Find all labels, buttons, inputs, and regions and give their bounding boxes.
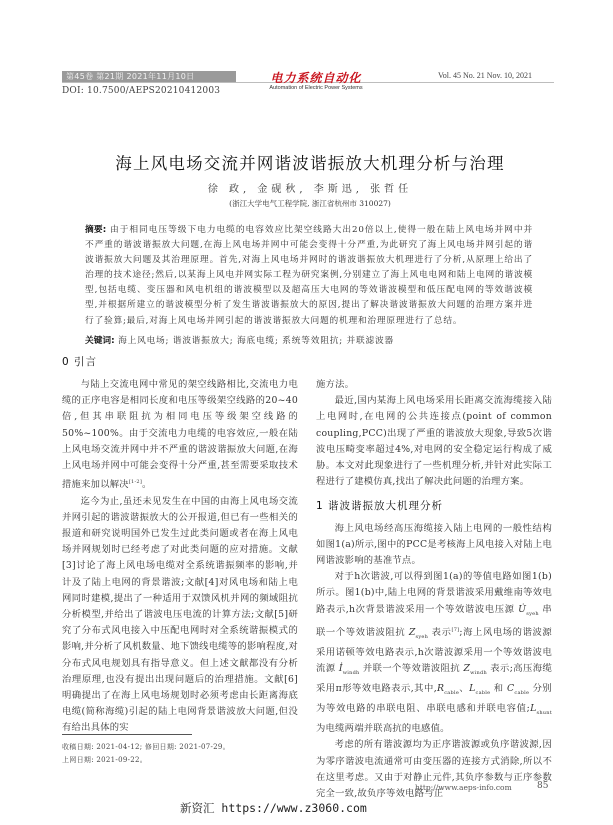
page-number: 85 (537, 781, 548, 791)
received-date: 收稿日期: 2021-04-12; 修回日期: 2021-07-29。 (62, 741, 230, 754)
footnote-divider (62, 734, 192, 735)
abstract-text: 由于相同电压等级下电力电缆的电容效应比架空线路大出20倍以上,使得一般在陆上风电… (85, 225, 533, 326)
paragraph-text: 为电缆两端并联高抗的电感值。 (316, 723, 450, 734)
paragraph-text: 。 (142, 479, 152, 490)
journal-url[interactable]: http://www.aeps-info.com (415, 783, 512, 792)
keywords-label: 关键词: (85, 336, 115, 346)
paragraph-text: 表示 (428, 627, 451, 638)
math-subscript: syeh (416, 634, 429, 640)
math-subscript: windh (470, 670, 487, 676)
abstract: 摘要: 由于相同电压等级下电力电缆的电容效应比架空线路大出20倍以上,使得一般在… (85, 223, 533, 329)
section-heading-mechanism: 1 谐波谐振放大机理分析 (316, 498, 552, 514)
math-subscript: windh (343, 670, 360, 676)
paragraph-text: 、 (459, 683, 469, 694)
paragraph-text: 与陆上交流电网中常见的架空线路相比,交流电力电缆的正序电容是相同长度和电压等级架… (62, 379, 298, 490)
doi-text: DOI: 10.7500/AEPS20210412003 (62, 86, 220, 96)
keywords: 关键词: 海上风电场; 谐波谐振放大; 海底电缆; 系统等效阻抗; 并联滤波器 (85, 334, 533, 346)
paragraph-text: 并联一个等效谐波阻抗 (360, 663, 464, 674)
math-subscript: cable (476, 690, 491, 696)
paragraph-text: 对于h次谐波,可以得到图1(a)的等值电路如图1(b)所示。图1(b)中,陆上电… (316, 571, 552, 614)
keywords-text: 海上风电场; 谐波谐振放大; 海底电缆; 系统等效阻抗; 并联滤波器 (118, 336, 394, 346)
math-subscript: syeh (526, 611, 539, 617)
online-date: 上网日期: 2021-09-22。 (62, 754, 230, 767)
volume-info: Vol. 45 No. 21 Nov. 10, 2021 (438, 71, 532, 80)
section-heading-introduction: 0 引言 (62, 354, 97, 369)
paragraph-text: 和 (490, 683, 507, 694)
author-list: 徐 政, 金砚秋, 李斯迅, 张哲任 (60, 180, 560, 195)
paragraph: 与陆上交流电网中常见的架空线路相比,交流电力电缆的正序电容是相同长度和电压等级架… (62, 377, 298, 494)
paragraph: 最近,国内某海上风电场采用长距离交流海缆接入陆上电网时,在电网的公共连接点(po… (316, 393, 552, 490)
paragraph: 考虑的所有谐波源均为正序谐波源或负序谐波源,因为零序谐波电流通常可由变压器的连接… (316, 737, 552, 802)
paragraph: 迄今为止,虽还未见发生在中国的由海上风电场交流并网引起的谐波谐振放大的公开报道,… (62, 494, 298, 737)
article-title: 海上风电场交流并网谐波谐振放大机理分析与治理 (60, 150, 560, 174)
watermark: 新资汇 https://www.z3060.com (180, 800, 480, 816)
citation[interactable]: [1-2] (129, 479, 142, 485)
right-column: 施方法。 最近,国内某海上风电场采用长距离交流海缆接入陆上电网时,在电网的公共连… (316, 377, 552, 802)
math-subscript: shunt (537, 710, 553, 716)
paragraph-continuation: 施方法。 (316, 377, 552, 393)
paragraph: 对于h次谐波,可以得到图1(a)的等值电路如图1(b)所示。图1(b)中,陆上电… (316, 569, 552, 737)
abstract-label: 摘要: (85, 225, 106, 235)
left-column: 与陆上交流电网中常见的架空线路相比,交流电力电缆的正序电容是相同长度和电压等级架… (62, 377, 298, 737)
paragraph: 海上风电场经高压海缆接入陆上电网的一般性结构如图1(a)所示,图中的PCC是考核… (316, 521, 552, 570)
journal-logo-cn: 电力系统自动化 (266, 69, 366, 86)
affiliation: (浙江大学电气工程学院, 浙江省杭州市 310027) (60, 198, 560, 209)
math-subscript: cable (514, 690, 529, 696)
math-subscript: cable (444, 690, 459, 696)
math-symbol: Z (409, 627, 416, 638)
footnote: 收稿日期: 2021-04-12; 修回日期: 2021-07-29。 上网日期… (62, 741, 230, 767)
journal-logo-en: Automation of Electric Power Systems (256, 85, 376, 91)
